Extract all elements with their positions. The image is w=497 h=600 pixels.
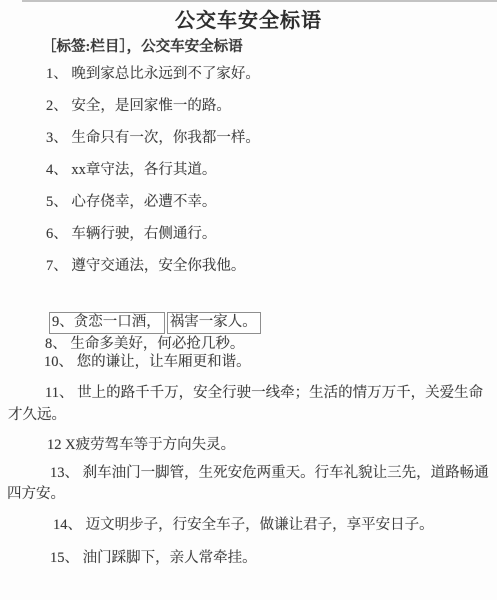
document-page: 公交车安全标语 ［标签:栏目］，公交车安全标语 1、 晚到家总比永远到不了家好。… xyxy=(0,0,497,600)
slogan-item-9-boxed: 9、贪恋一口酒，祸害一家人。 xyxy=(49,312,261,334)
slogan-item-7: 7、 遵守交通法，安全你我他。 xyxy=(46,257,245,275)
tag-line: ［标签:栏目］，公交车安全标语 xyxy=(42,38,243,56)
slogan-item-13-line-1: 13、 刹车油门一脚管，生死安危两重天。行车礼貌让三先，道路畅通 xyxy=(50,464,489,482)
slogan-item-13-line-2: 四方安。 xyxy=(7,485,65,503)
slogan-item-2: 2、 安全，是回家惟一的路。 xyxy=(46,97,231,115)
slogan-item-8: 8、 生命多美好，何必抢几秒。 xyxy=(45,335,244,353)
slogan-item-1: 1、 晚到家总比永远到不了家好。 xyxy=(46,65,260,83)
slogan-item-6: 6、 车辆行驶，右侧通行。 xyxy=(46,225,216,243)
boxed-text-field-1[interactable]: 9、贪恋一口酒， xyxy=(49,312,165,334)
slogan-item-10: 10、 您的谦让，让车厢更和谐。 xyxy=(44,353,251,371)
slogan-item-3: 3、 生命只有一次，你我都一样。 xyxy=(46,129,260,147)
slogan-item-12: 12 X疲劳驾车等于方向失灵。 xyxy=(47,436,235,454)
slogan-item-11-line-2: 才久远。 xyxy=(8,406,66,424)
slogan-item-5: 5、 心存侥幸，必遭不幸。 xyxy=(46,193,216,211)
slogan-item-11-line-1: 11、 世上的路千千万，安全行驶一线牵；生活的情万万千，关爱生命 xyxy=(45,384,483,402)
boxed-text-field-2[interactable]: 祸害一家人。 xyxy=(167,312,261,334)
page-top-edge xyxy=(22,0,497,2)
page-title: 公交车安全标语 xyxy=(0,4,497,33)
slogan-item-15: 15、 油门踩脚下，亲人常牵挂。 xyxy=(50,549,257,567)
slogan-item-4: 4、 xx章守法，各行其道。 xyxy=(46,161,216,179)
slogan-item-14: 14、 迈文明步子，行安全车子，做谦让君子，享平安日子。 xyxy=(53,516,434,534)
